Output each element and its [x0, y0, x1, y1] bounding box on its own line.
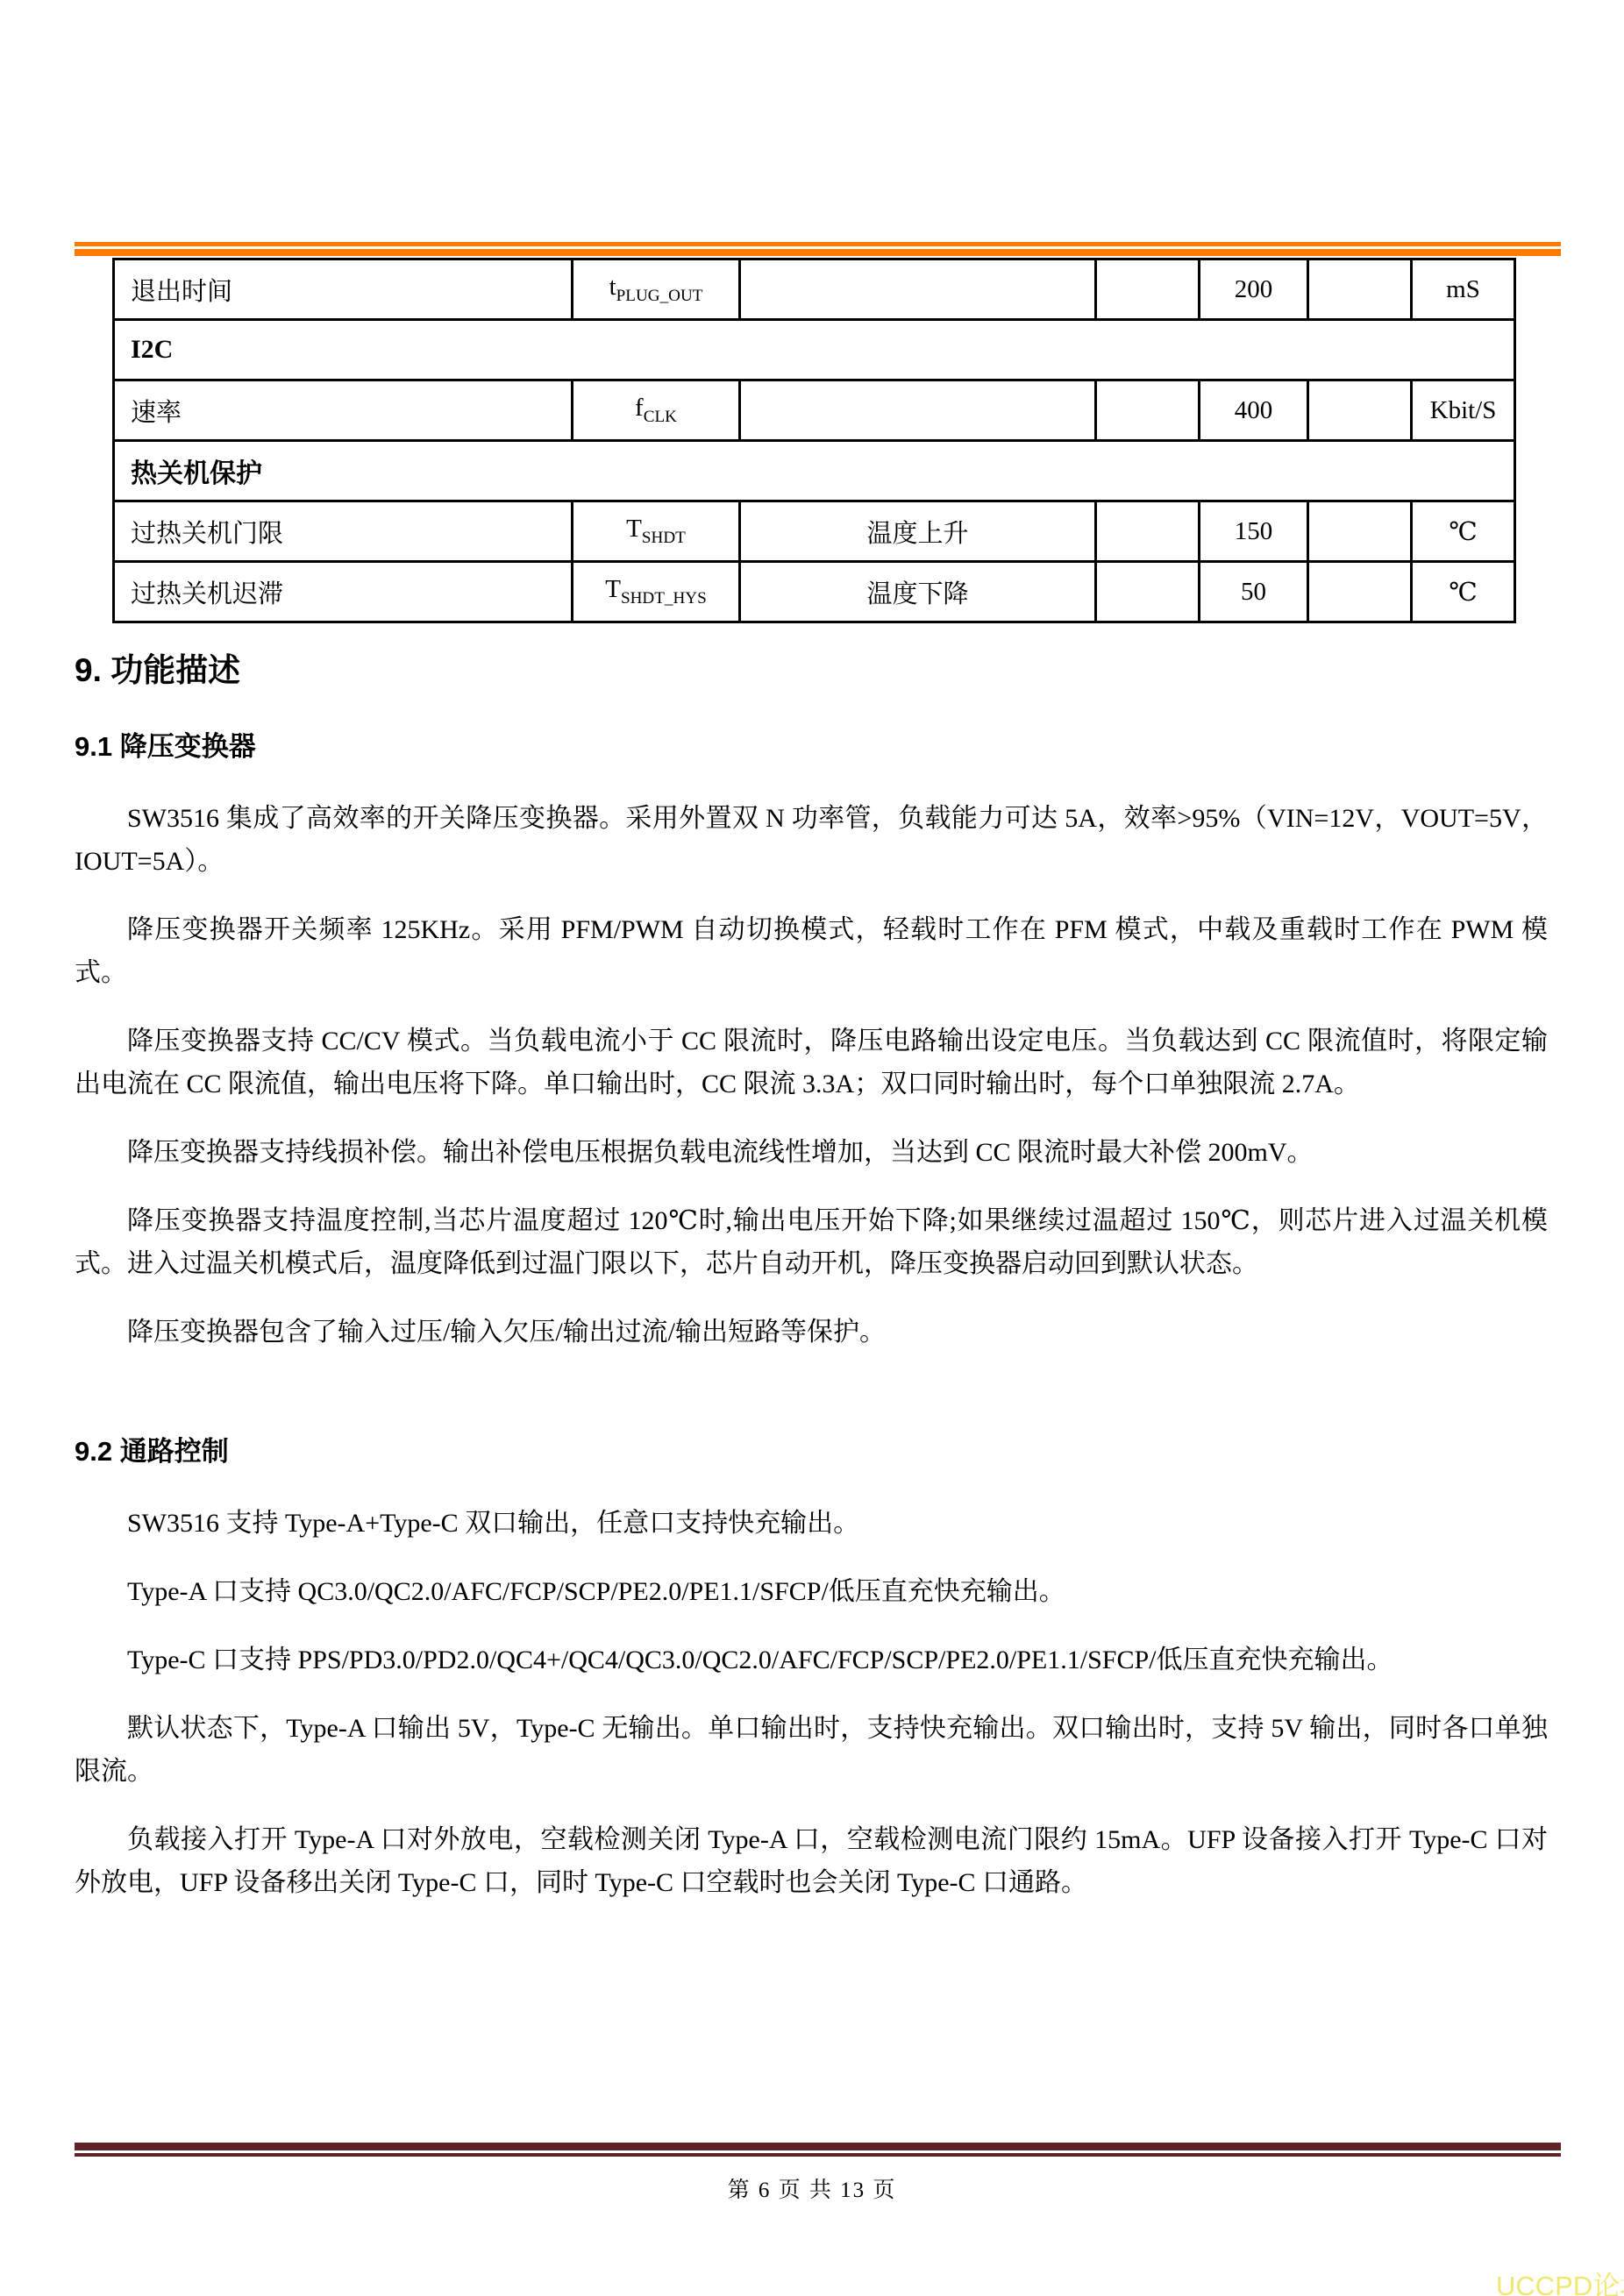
cell-typ: 200: [1200, 259, 1308, 320]
cell-typ: 150: [1200, 501, 1308, 562]
cell-param-name: 退出时间: [114, 259, 573, 320]
paragraph: Type-A 口支持 QC3.0/QC2.0/AFC/FCP/SCP/PE2.0…: [75, 1570, 1548, 1613]
section-9-2-heading: 9.2 通路控制: [75, 1434, 1548, 1469]
spec-table: 退出时间 tPLUG_OUT 200 mS I2C 速率 fCLK 400 Kb…: [112, 258, 1516, 623]
cell-param-name: 速率: [114, 380, 573, 441]
paragraph: 降压变换器支持线损补偿。输出补偿电压根据负载电流线性增加，当达到 CC 限流时最…: [75, 1131, 1548, 1174]
paragraph: SW3516 集成了高效率的开关降压变换器。采用外置双 N 功率管，负载能力可达…: [75, 797, 1548, 883]
cell-unit: ℃: [1412, 562, 1515, 622]
paragraph: 降压变换器支持 CC/CV 模式。当负载电流小于 CC 限流时，降压电路输出设定…: [75, 1020, 1548, 1105]
table-row: 退出时间 tPLUG_OUT 200 mS: [114, 259, 1515, 320]
paragraph: 降压变换器支持温度控制,当芯片温度超过 120℃时,输出电压开始下降;如果继续过…: [75, 1199, 1548, 1285]
cell-unit: Kbit/S: [1412, 380, 1515, 441]
section-9-heading: 9. 功能描述: [75, 650, 1548, 691]
cell-min: [1096, 562, 1200, 622]
table-row: 过热关机迟滞 TSHDT_HYS 温度下降 50 ℃: [114, 562, 1515, 622]
cell-param-name: 过热关机门限: [114, 501, 573, 562]
footer-maroon-divider: [75, 2143, 1561, 2157]
footer-divider-thick-line: [75, 2143, 1561, 2150]
paragraph: 负载接入打开 Type-A 口对外放电，空载检测关闭 Type-A 口，空载检测…: [75, 1818, 1548, 1904]
cell-unit: ℃: [1412, 501, 1515, 562]
cell-symbol: TSHDT_HYS: [573, 562, 740, 622]
paragraph: SW3516 支持 Type-A+Type-C 双口输出，任意口支持快充输出。: [75, 1502, 1548, 1545]
body-content: 9. 功能描述 9.1 降压变换器 SW3516 集成了高效率的开关降压变换器。…: [75, 650, 1548, 1904]
cell-max: [1308, 380, 1412, 441]
cell-condition: [740, 380, 1096, 441]
top-orange-divider: [75, 242, 1561, 256]
cell-typ: 50: [1200, 562, 1308, 622]
section-label: I2C: [114, 320, 1515, 380]
cell-min: [1096, 259, 1200, 320]
cell-symbol: TSHDT: [573, 501, 740, 562]
cell-typ: 400: [1200, 380, 1308, 441]
paragraph: 降压变换器开关频率 125KHz。采用 PFM/PWM 自动切换模式，轻载时工作…: [75, 908, 1548, 994]
page-number: 第 6 页 共 13 页: [0, 2172, 1624, 2204]
paragraph: Type-C 口支持 PPS/PD3.0/PD2.0/QC4+/QC4/QC3.…: [75, 1638, 1548, 1681]
cell-min: [1096, 501, 1200, 562]
table-row: 速率 fCLK 400 Kbit/S: [114, 380, 1515, 441]
paragraph: 默认状态下，Type-A 口输出 5V，Type-C 无输出。单口输出时，支持快…: [75, 1707, 1548, 1793]
datasheet-page: 退出时间 tPLUG_OUT 200 mS I2C 速率 fCLK 400 Kb…: [0, 0, 1624, 2296]
table-section-row: I2C: [114, 320, 1515, 380]
cell-max: [1308, 501, 1412, 562]
cell-unit: mS: [1412, 259, 1515, 320]
cell-symbol: tPLUG_OUT: [573, 259, 740, 320]
cell-max: [1308, 259, 1412, 320]
section-9-1-heading: 9.1 降压变换器: [75, 729, 1548, 764]
forum-watermark: UCCPD论坛: [1496, 2264, 1624, 2296]
section-label: 热关机保护: [114, 441, 1515, 501]
table-section-row: 热关机保护: [114, 441, 1515, 501]
cell-condition: 温度下降: [740, 562, 1096, 622]
paragraph: 降压变换器包含了输入过压/输入欠压/输出过流/输出短路等保护。: [75, 1311, 1548, 1354]
footer-divider-thin-line: [75, 2153, 1561, 2157]
cell-param-name: 过热关机迟滞: [114, 562, 573, 622]
top-divider-thick-line: [75, 249, 1561, 256]
cell-symbol: fCLK: [573, 380, 740, 441]
table-row: 过热关机门限 TSHDT 温度上升 150 ℃: [114, 501, 1515, 562]
cell-min: [1096, 380, 1200, 441]
cell-condition: 温度上升: [740, 501, 1096, 562]
cell-max: [1308, 562, 1412, 622]
cell-condition: [740, 259, 1096, 320]
